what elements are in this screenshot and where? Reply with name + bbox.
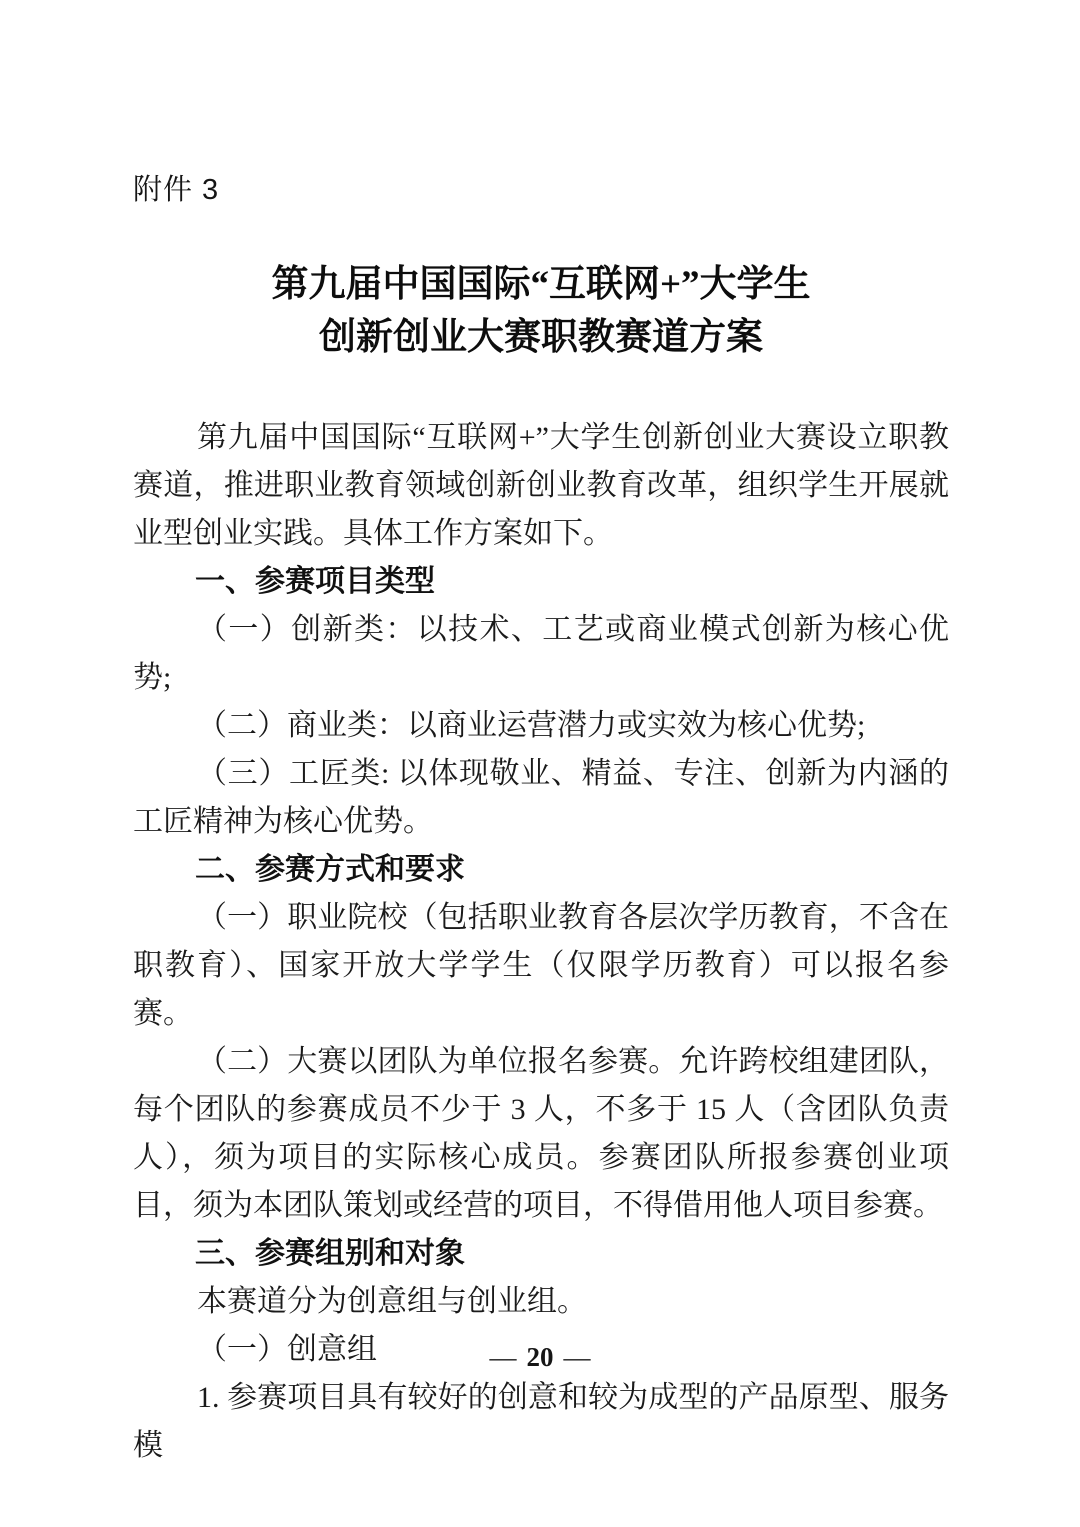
section-2-item-eligibility: （一）职业院校（包括职业教育各层次学历教育，不含在职教育）、国家开放大学学生（仅… bbox=[133, 894, 949, 1038]
section-3-creative-item-1: 1. 参赛项目具有较好的创意和较为成型的产品原型、服务模 bbox=[133, 1374, 949, 1470]
document-content: 附件 3 第九届中国国际“互联网+”大学生 创新创业大赛职教赛道方案 第九届中国… bbox=[133, 0, 949, 1470]
document-page: 附件 3 第九届中国国际“互联网+”大学生 创新创业大赛职教赛道方案 第九届中国… bbox=[0, 0, 1080, 1527]
footer-right-dash: — bbox=[564, 1342, 591, 1372]
page-footer: —20— bbox=[0, 1340, 1080, 1374]
attachment-label: 附件 3 bbox=[133, 170, 949, 210]
section-1-item-innovation: （一）创新类：以技术、工艺或商业模式创新为核心优势; bbox=[133, 606, 949, 702]
section-1-item-business: （二）商业类：以商业运营潜力或实效为核心优势; bbox=[133, 702, 949, 750]
intro-paragraph: 第九届中国国际“互联网+”大学生创新创业大赛设立职教赛道，推进职业教育领域创新创… bbox=[133, 414, 949, 558]
section-3-heading: 三、参赛组别和对象 bbox=[133, 1230, 949, 1278]
document-title-line-1: 第九届中国国际“互联网+”大学生 bbox=[133, 258, 949, 311]
section-2-heading: 二、参赛方式和要求 bbox=[133, 846, 949, 894]
section-1-heading: 一、参赛项目类型 bbox=[133, 558, 949, 606]
section-3-intro: 本赛道分为创意组与创业组。 bbox=[133, 1278, 949, 1326]
footer-left-dash: — bbox=[490, 1342, 517, 1372]
document-body: 第九届中国国际“互联网+”大学生创新创业大赛设立职教赛道，推进职业教育领域创新创… bbox=[133, 414, 949, 1470]
document-title-line-2: 创新创业大赛职教赛道方案 bbox=[133, 311, 949, 364]
document-title: 第九届中国国际“互联网+”大学生 创新创业大赛职教赛道方案 bbox=[133, 258, 949, 364]
section-1-item-craftsman: （三）工匠类: 以体现敬业、精益、专注、创新为内涵的工匠精神为核心优势。 bbox=[133, 750, 949, 846]
page-number: 20 bbox=[527, 1342, 554, 1372]
section-2-item-team-rules: （二）大赛以团队为单位报名参赛。允许跨校组建团队，每个团队的参赛成员不少于 3 … bbox=[133, 1038, 949, 1230]
